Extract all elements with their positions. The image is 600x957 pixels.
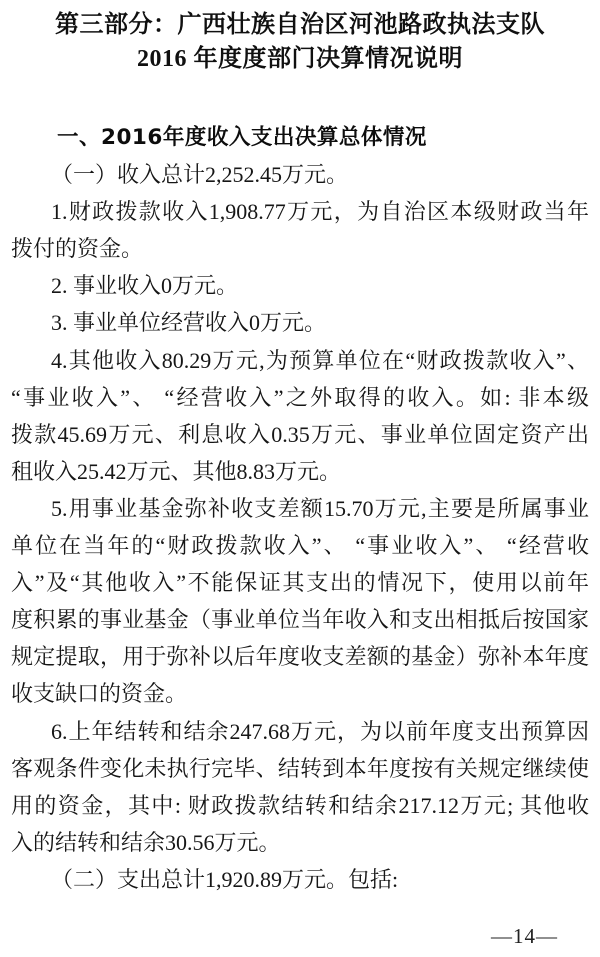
body-line: 拨付的资金。 xyxy=(11,230,589,267)
document-body: 一、2016年度收入支出决算总体情况（一）收入总计2,252.45万元。1.财政… xyxy=(11,119,589,898)
body-line: 入的结转和结余30.56万元。 xyxy=(11,824,589,861)
body-line: 6.上年结转和结余247.68万元，为以前年度支出预算因 xyxy=(11,713,589,750)
title-line-1: 第三部分：广西壮族自治区河池路政执法支队 xyxy=(0,8,600,42)
body-line: 用的资金，其中: 财政拨款结转和结余217.12万元; 其他收 xyxy=(11,787,589,824)
body-line: 租收入25.42万元、其他8.83万元。 xyxy=(11,453,589,490)
body-line: 规定提取，用于弥补以后年度收支差额的基金）弥补本年度 xyxy=(11,638,589,675)
body-line: “事业收入”、 “经营收入”之外取得的收入。如: 非本级 xyxy=(11,379,589,416)
body-line: （二）支出总计1,920.89万元。包括: xyxy=(11,861,589,898)
body-line: 客观条件变化未执行完毕、结转到本年度按有关规定继续使 xyxy=(11,750,589,787)
title-line-2: 2016 年度度部门决算情况说明 xyxy=(0,42,600,76)
body-line: 2. 事业收入0万元。 xyxy=(11,267,589,304)
body-line: 收支缺口的资金。 xyxy=(11,675,589,712)
document-title: 第三部分：广西壮族自治区河池路政执法支队 2016 年度度部门决算情况说明 xyxy=(0,8,600,76)
body-line: 单位在当年的“财政拨款收入”、 “事业收入”、 “经营收 xyxy=(11,527,589,564)
body-line: 度积累的事业基金（事业单位当年收入和支出相抵后按国家 xyxy=(11,601,589,638)
body-line: 5.用事业基金弥补收支差额15.70万元,主要是所属事业 xyxy=(11,490,589,527)
page-number: —14— xyxy=(491,923,558,949)
body-line: 入”及“其他收入”不能保证其支出的情况下，使用以前年 xyxy=(11,564,589,601)
body-line: （一）收入总计2,252.45万元。 xyxy=(11,156,589,193)
document-page: 第三部分：广西壮族自治区河池路政执法支队 2016 年度度部门决算情况说明 一、… xyxy=(0,0,600,957)
body-line: 3. 事业单位经营收入0万元。 xyxy=(11,304,589,341)
body-line: 拨款45.69万元、利息收入0.35万元、事业单位固定资产出 xyxy=(11,416,589,453)
body-line: 1.财政拨款收入1,908.77万元，为自治区本级财政当年 xyxy=(11,193,589,230)
section-heading: 一、2016年度收入支出决算总体情况 xyxy=(11,119,589,156)
body-line: 4.其他收入80.29万元,为预算单位在“财政拨款收入”、 xyxy=(11,342,589,379)
